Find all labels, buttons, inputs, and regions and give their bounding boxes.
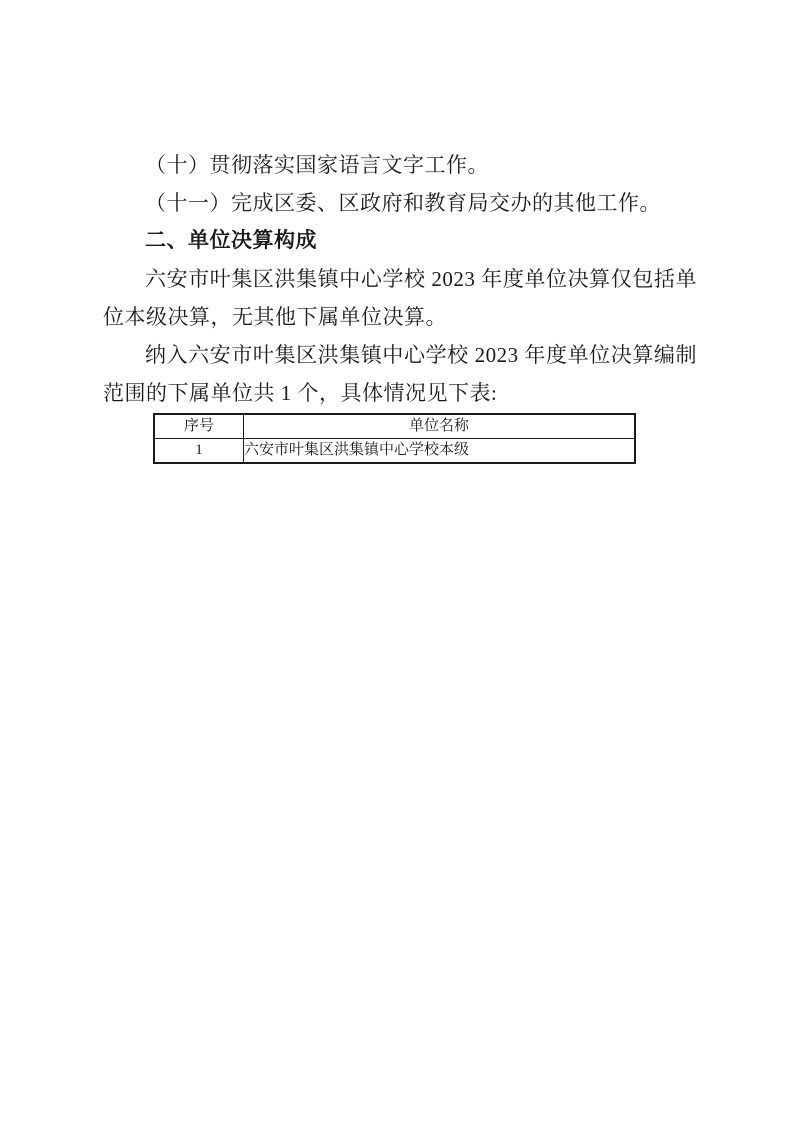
column-header-index: 序号 <box>154 414 244 439</box>
cell-row-index: 1 <box>154 439 244 464</box>
column-header-unit-name: 单位名称 <box>244 414 636 439</box>
cell-unit-name: 六安市叶集区洪集镇中心学校本级 <box>244 439 636 464</box>
paragraph-budget-scope: 六安市叶集区洪集镇中心学校 2023 年度单位决算仅包括单位本级决算，无其他下属… <box>103 260 697 336</box>
document-page: （十）贯彻落实国家语言文字工作。 （十一）完成区委、区政府和教育局交办的其他工作… <box>0 0 793 1122</box>
paragraph-subunit-intro: 纳入六安市叶集区洪集镇中心学校 2023 年度单位决算编制范围的下属单位共 1 … <box>103 336 697 412</box>
unit-table-header-row: 序号 单位名称 <box>154 414 635 439</box>
unit-table: 序号 单位名称 1 六安市叶集区洪集镇中心学校本级 <box>153 413 636 464</box>
paragraph-item-ten: （十）贯彻落实国家语言文字工作。 <box>103 146 697 184</box>
paragraph-item-eleven: （十一）完成区委、区政府和教育局交办的其他工作。 <box>103 184 697 222</box>
document-content: （十）贯彻落实国家语言文字工作。 （十一）完成区委、区政府和教育局交办的其他工作… <box>103 146 697 464</box>
section-heading-unit-budget-composition: 二、单位决算构成 <box>103 222 697 260</box>
unit-table-row: 1 六安市叶集区洪集镇中心学校本级 <box>154 439 635 464</box>
